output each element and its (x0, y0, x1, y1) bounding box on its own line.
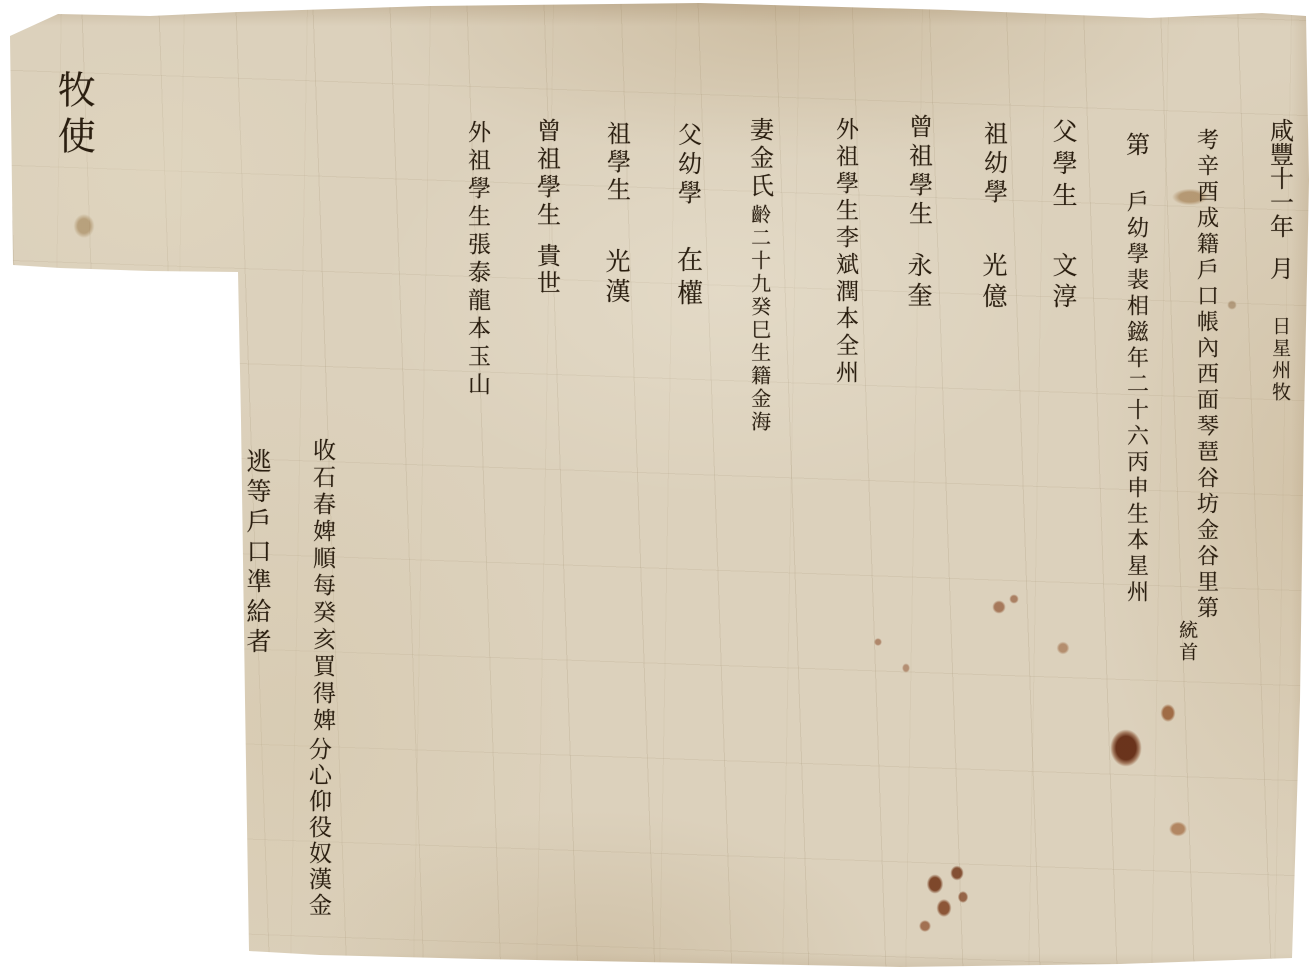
date-column-part3: 日星州牧 (1270, 316, 1289, 404)
wife-grandfather-column-part2: 光漢 (604, 248, 629, 308)
official-title-mark: 牧使 (54, 70, 92, 162)
paper: 牧使咸豐十一年月日星州牧考辛酉成籍戶口帳內西面琴琶谷坊金谷里第統首第戶幼學裴相鎡… (0, 0, 1313, 973)
slaves-column-part1: 收石春婢順每癸亥買得婢 (310, 438, 333, 735)
date-column-part1: 咸豐十一年 (1268, 118, 1292, 238)
wife-column-part1: 妻金氏 (748, 117, 772, 201)
household-head-column-part1: 第 (1124, 132, 1148, 156)
wife-great-grandfather-column-part2: 貴世 (535, 243, 559, 297)
father-column-part2: 文淳 (1051, 252, 1076, 314)
maternal-grandfather-column: 外祖學生李斌潤本全州 (833, 117, 856, 387)
wife-maternal-grandfather-column: 外祖學生張泰龍本玉山 (465, 120, 488, 400)
father-column-part1: 父學生 (1051, 118, 1076, 214)
household-head-column-part2: 戶幼學裴相鎡年二十六丙申生本星州 (1125, 190, 1147, 606)
slaves-column-part2: 分心仰役奴漢金 (306, 737, 329, 919)
grandfather-column-part1: 祖幼學 (982, 121, 1006, 208)
great-grandfather-column-part1: 曾祖學生 (907, 114, 931, 230)
register-reference-column-part2: 統首 (1177, 620, 1196, 664)
wife-great-grandfather-column-part1: 曾祖學生 (535, 118, 559, 230)
wife-column-part2: 齡二十九癸巳生籍金海 (750, 204, 770, 434)
great-grandfather-column-part2: 永奎 (906, 252, 931, 312)
wife-father-column-part2: 在權 (674, 246, 700, 312)
wife-grandfather-column-part1: 祖學生 (605, 121, 629, 205)
document-scan: 牧使咸豐十一年月日星州牧考辛酉成籍戶口帳內西面琴琶谷坊金谷里第統首第戶幼學裴相鎡… (0, 0, 1313, 973)
issuance-note-column: 逃等戶口凖給者 (245, 448, 270, 658)
register-reference-column-part1: 考辛酉成籍戶口帳內西面琴琶谷坊金谷里第 (1195, 128, 1217, 622)
wife-father-column-part1: 父幼學 (676, 122, 700, 209)
grandfather-column-part2: 光億 (981, 252, 1006, 314)
date-column-part2: 月 (1268, 256, 1292, 280)
